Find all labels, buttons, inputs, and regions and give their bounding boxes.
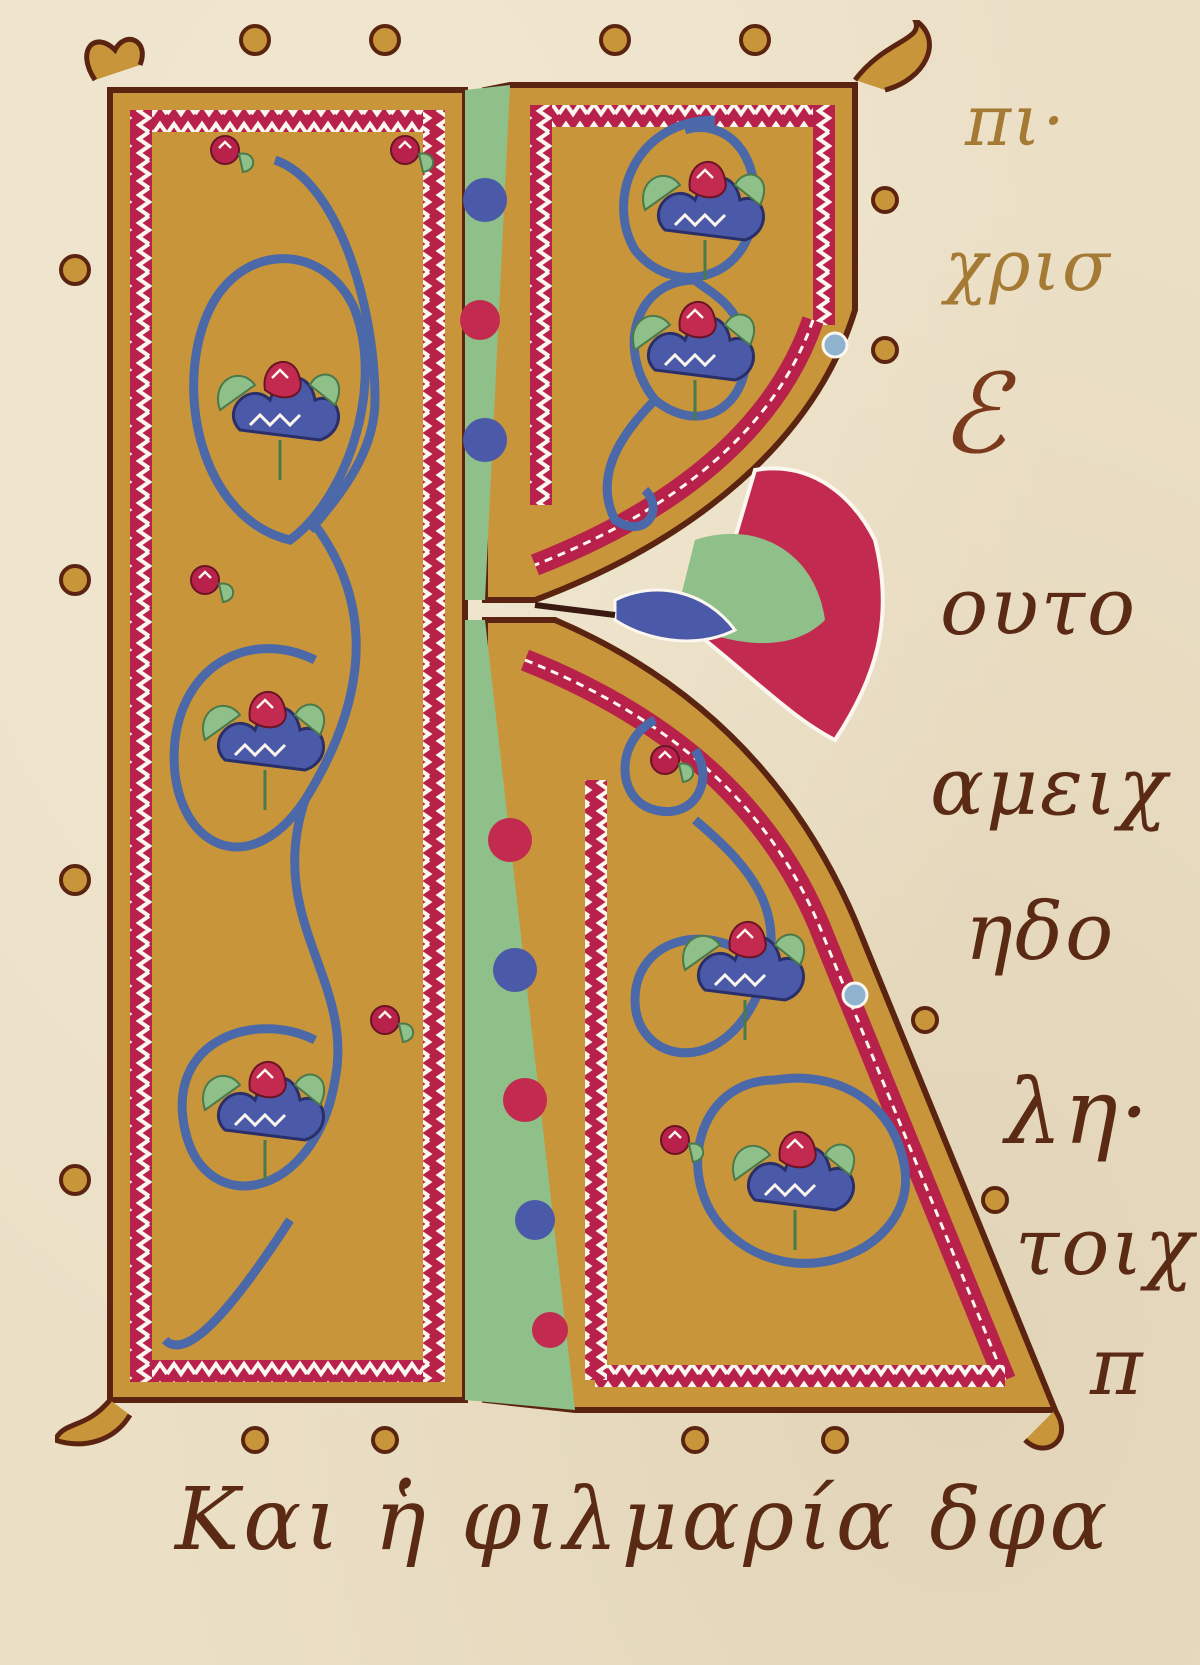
script-line-1: πι·: [965, 80, 1067, 162]
script-line-3: ℰ: [940, 350, 1009, 478]
script-line-7: λη·: [1005, 1060, 1151, 1165]
script-line-9: π: [1090, 1320, 1145, 1413]
script-line-6: ηδο: [965, 885, 1115, 978]
script-line-8: τοιχ: [1015, 1200, 1195, 1293]
script-line-2: χρισ: [945, 225, 1112, 307]
script-line-4: ουτο: [940, 560, 1137, 653]
script-line-bottom: Και ἡ φιλμαρία δφα: [175, 1470, 1111, 1570]
script-line-5: αμειχ: [930, 740, 1169, 833]
